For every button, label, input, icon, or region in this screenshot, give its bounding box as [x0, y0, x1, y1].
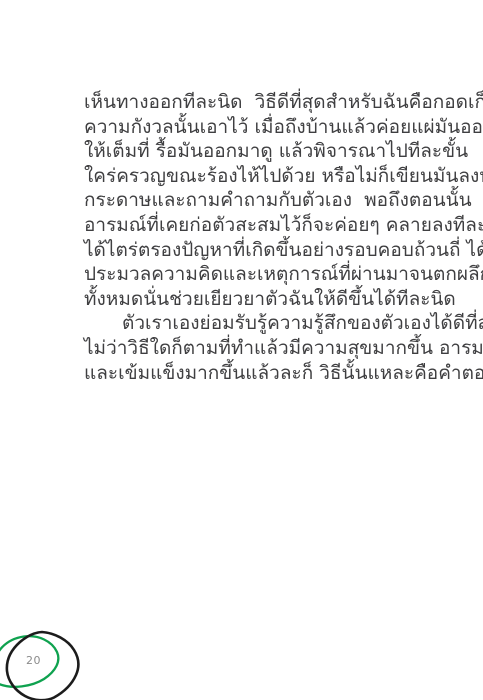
- text-line: ไม่ว่าวิธีใดก็ตามที่ทำแล้วมีความสุขมากขึ…: [84, 336, 429, 361]
- text-line: กระดาษและถามคำถามกับตัวเอง พอถึงตอนนั้น: [84, 188, 429, 213]
- text-line: ความกังวลนั้นเอาไว้ เมื่อถึงบ้านแล้วค่อย…: [84, 115, 429, 140]
- book-page: เห็นทางออกทีละนิด วิธีดีที่สุดสำหรับฉันค…: [0, 0, 483, 700]
- text-line: ใคร่ครวญขณะร้องไห้ไปด้วย หรือไม่ก็เขียนม…: [84, 164, 429, 189]
- text-line: ให้เต็มที่ รื้อมันออกมาดู แล้วพิจารณาไปท…: [84, 139, 429, 164]
- text-line: ได้ไตร่ตรองปัญหาที่เกิดขึ้นอย่างรอบคอบถ้…: [84, 238, 429, 263]
- page-number-scribble: [0, 620, 90, 700]
- text-line: ประมวลความคิดและเหตุการณ์ที่ผ่านมาจนตกผล…: [84, 262, 429, 287]
- body-text: เห็นทางออกทีละนิด วิธีดีที่สุดสำหรับฉันค…: [84, 90, 429, 385]
- text-line: ทั้งหมดนั่นช่วยเยียวยาตัวฉันให้ดีขึ้นได้…: [84, 287, 429, 312]
- text-line: เห็นทางออกทีละนิด วิธีดีที่สุดสำหรับฉันค…: [84, 90, 429, 115]
- black-loop-scribble: [7, 632, 79, 700]
- text-line: ตัวเราเองย่อมรับรู้ความรู้สึกของตัวเองได…: [84, 311, 429, 336]
- text-line: และเข้มแข็งมากขึ้นแล้วละก็ วิธีนั้นแหละค…: [84, 361, 429, 386]
- text-line: อารมณ์ที่เคยก่อตัวสะสมไว้ก็จะค่อยๆ คลายล…: [84, 213, 429, 238]
